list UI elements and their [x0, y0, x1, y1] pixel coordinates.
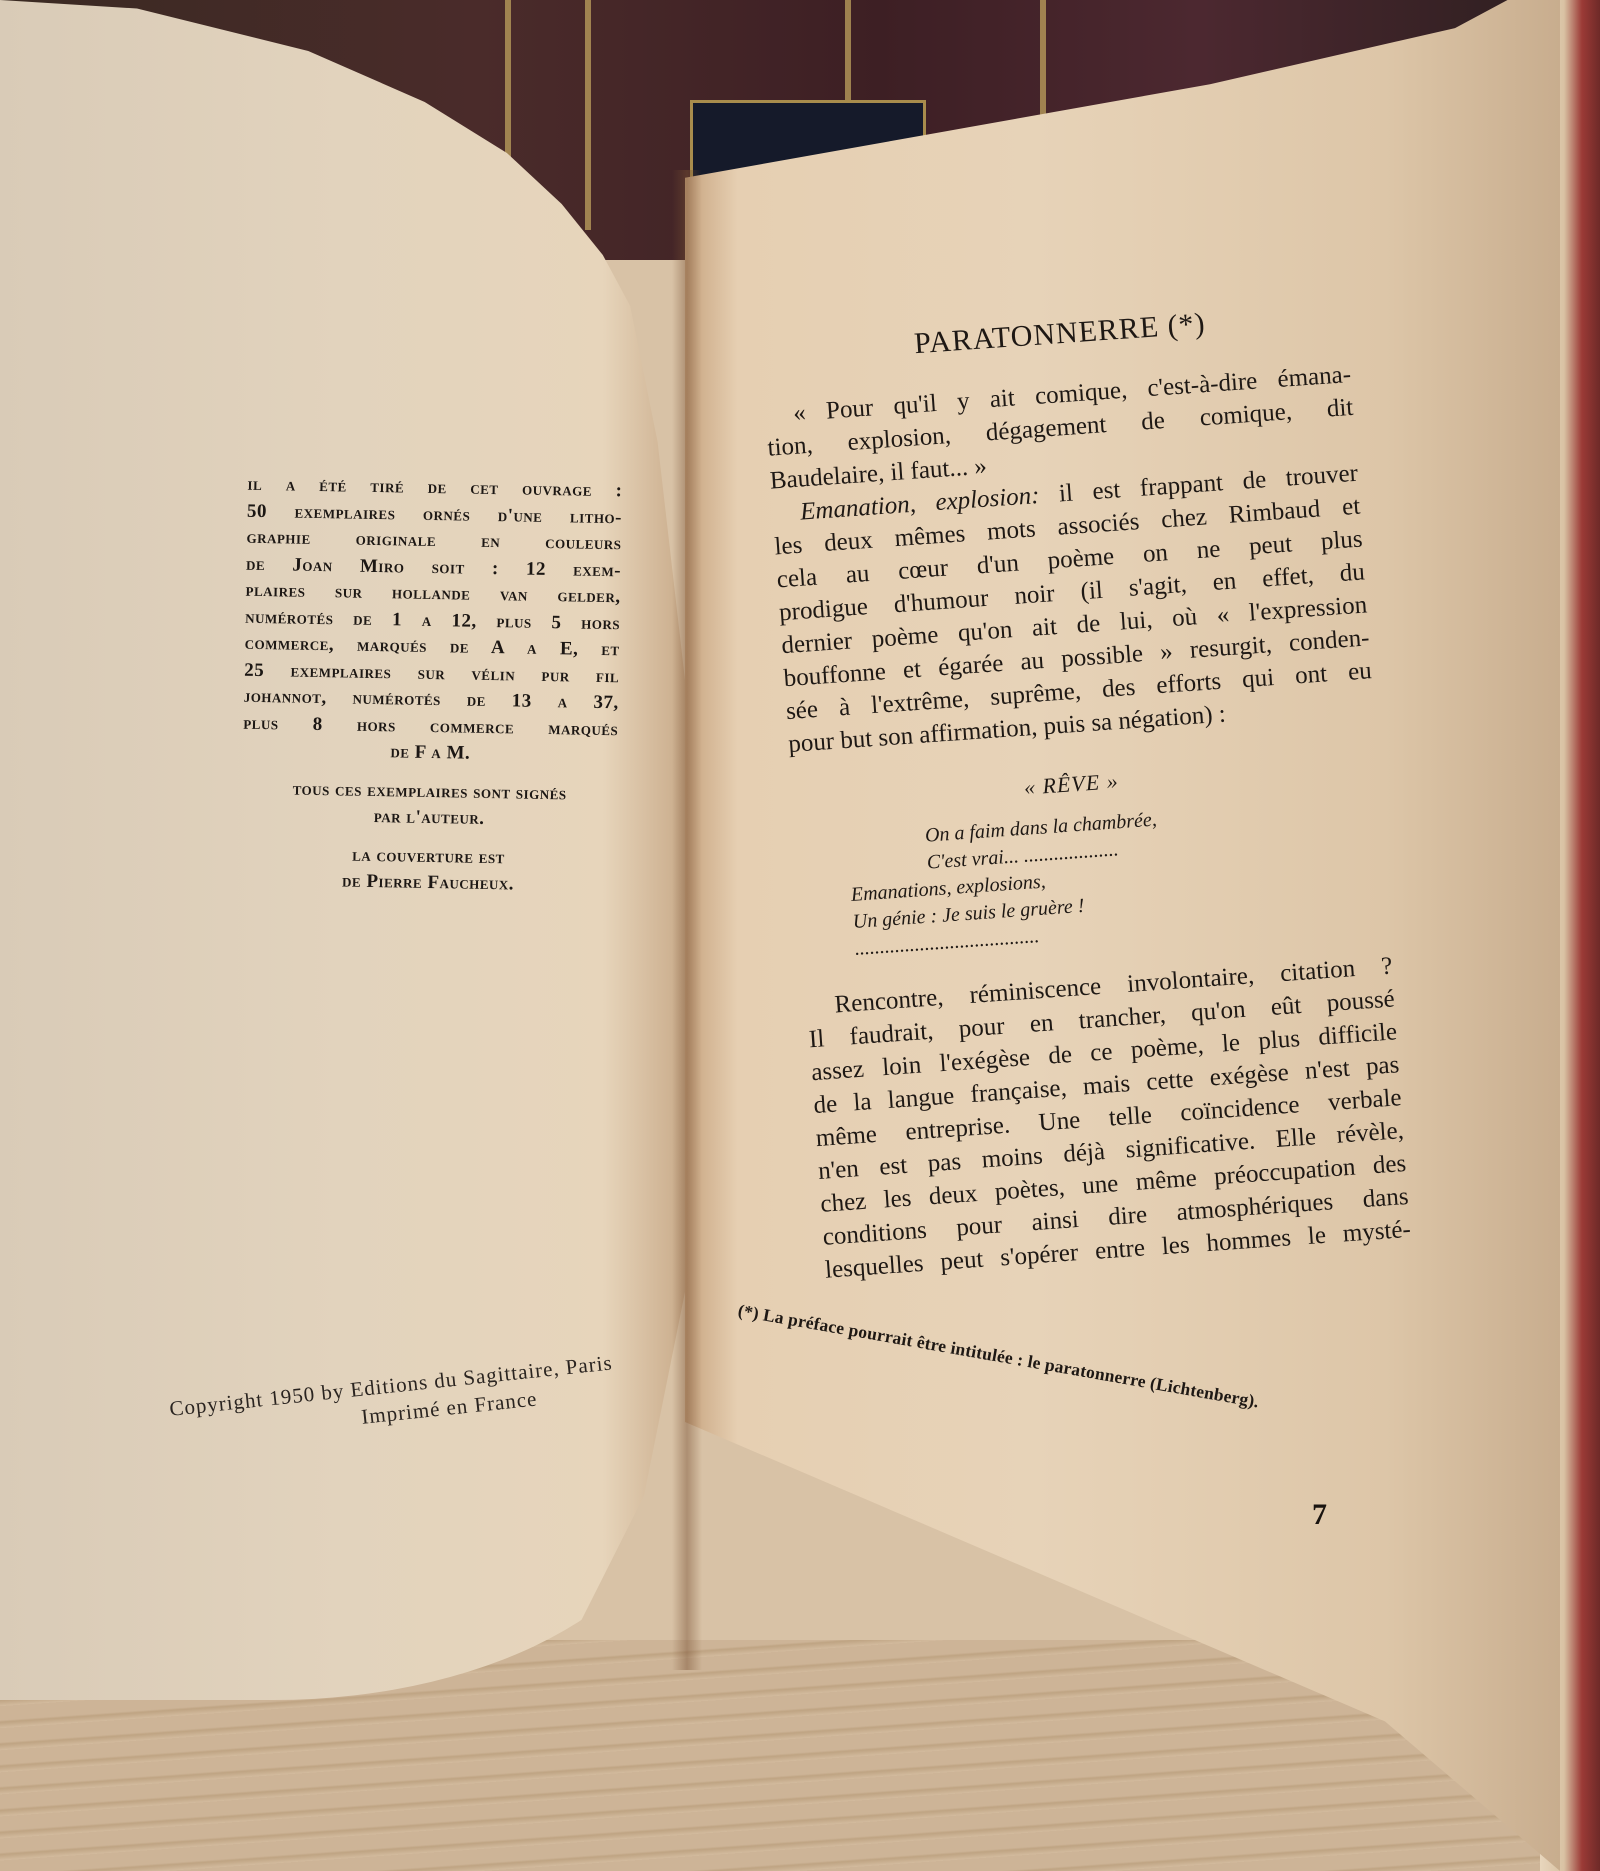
paragraph-emanation: Emanation, explosion: il est frappant de… [743, 457, 1375, 763]
right-page-body: PARATONNERRE (*) « Pour qu'il y ait comi… [732, 297, 1412, 1289]
page-number: 7 [1312, 1498, 1327, 1532]
paragraph-rencontre: Rencontre, réminiscence involontaire, ci… [778, 950, 1412, 1289]
book-gutter [672, 170, 702, 1670]
gilt-spine-band [585, 0, 591, 230]
poem-verse: On a faim dans la chambrée, C'est vrai..… [767, 791, 1390, 969]
colophon: il a été tiré de cet ouvrage : 50 exempl… [240, 472, 622, 900]
